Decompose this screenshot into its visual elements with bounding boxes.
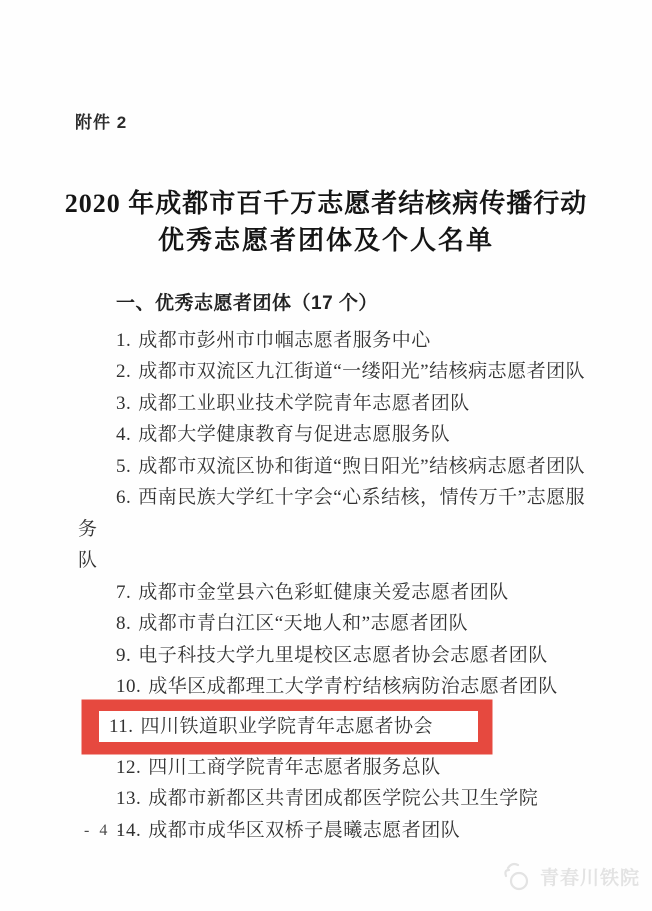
list-item: 5.成都市双流区协和街道“煦日阳光”结核病志愿者团队 [78, 451, 590, 483]
list-item: 1.成都市彭州市巾帼志愿者服务中心 [78, 325, 590, 357]
highlight-inner-panel: 11.四川铁道职业学院青年志愿者协会 [99, 711, 478, 742]
list-item: 8.成都市青白江区“天地人和”志愿者团队 [78, 608, 590, 640]
award-list: 一、优秀志愿者团体（17 个） 1.成都市彭州市巾帼志愿者服务中心 2.成都市双… [78, 288, 590, 846]
watermark-text: 青春川铁院 [540, 863, 640, 890]
attachment-label: 附件 2 [75, 108, 127, 133]
list-item: 12.四川工商学院青年志愿者服务总队 [78, 752, 590, 784]
title-line-2: 优秀志愿者团体及个人名单 [0, 222, 652, 259]
list-item: 13.成都市新都区共青团成都医学院公共卫生学院 [78, 783, 590, 815]
document-page: 附件 2 2020 年成都市百千万志愿者结核病传播行动 优秀志愿者团体及个人名单… [0, 0, 652, 911]
list-item: 7.成都市金堂县六色彩虹健康关爱志愿者团队 [78, 577, 590, 609]
highlighted-list-item: 11.四川铁道职业学院青年志愿者协会 [105, 711, 472, 742]
list-item: 9.电子科技大学九里堤校区志愿者协会志愿者团队 [78, 640, 590, 672]
list-item: 14.成都市成华区双桥子晨曦志愿者团队 [78, 815, 590, 847]
list-item: 6.西南民族大学红十字会“心系结核，情传万千”志愿服务队 [78, 482, 590, 577]
wrapped-line: 队 [78, 545, 590, 577]
document-title: 2020 年成都市百千万志愿者结核病传播行动 优秀志愿者团体及个人名单 [0, 185, 652, 259]
list-item: 3.成都工业职业技术学院青年志愿者团队 [78, 388, 590, 420]
watermark: 青春川铁院 [502, 858, 640, 894]
list-item: 4.成都大学健康教育与促进志愿服务队 [78, 419, 590, 451]
list-item: 10.成华区成都理工大学青柠结核病防治志愿者团队 [78, 671, 590, 703]
section-heading: 一、优秀志愿者团体（17 个） [78, 288, 590, 320]
title-line-1: 2020 年成都市百千万志愿者结核病传播行动 [0, 185, 652, 222]
page-number: - 4 - [84, 822, 126, 840]
list-item: 2.成都市双流区九江街道“一缕阳光”结核病志愿者团队 [78, 356, 590, 388]
highlight-red-box: 11.四川铁道职业学院青年志愿者协会 [82, 700, 492, 754]
watermark-logo-icon [502, 858, 534, 894]
